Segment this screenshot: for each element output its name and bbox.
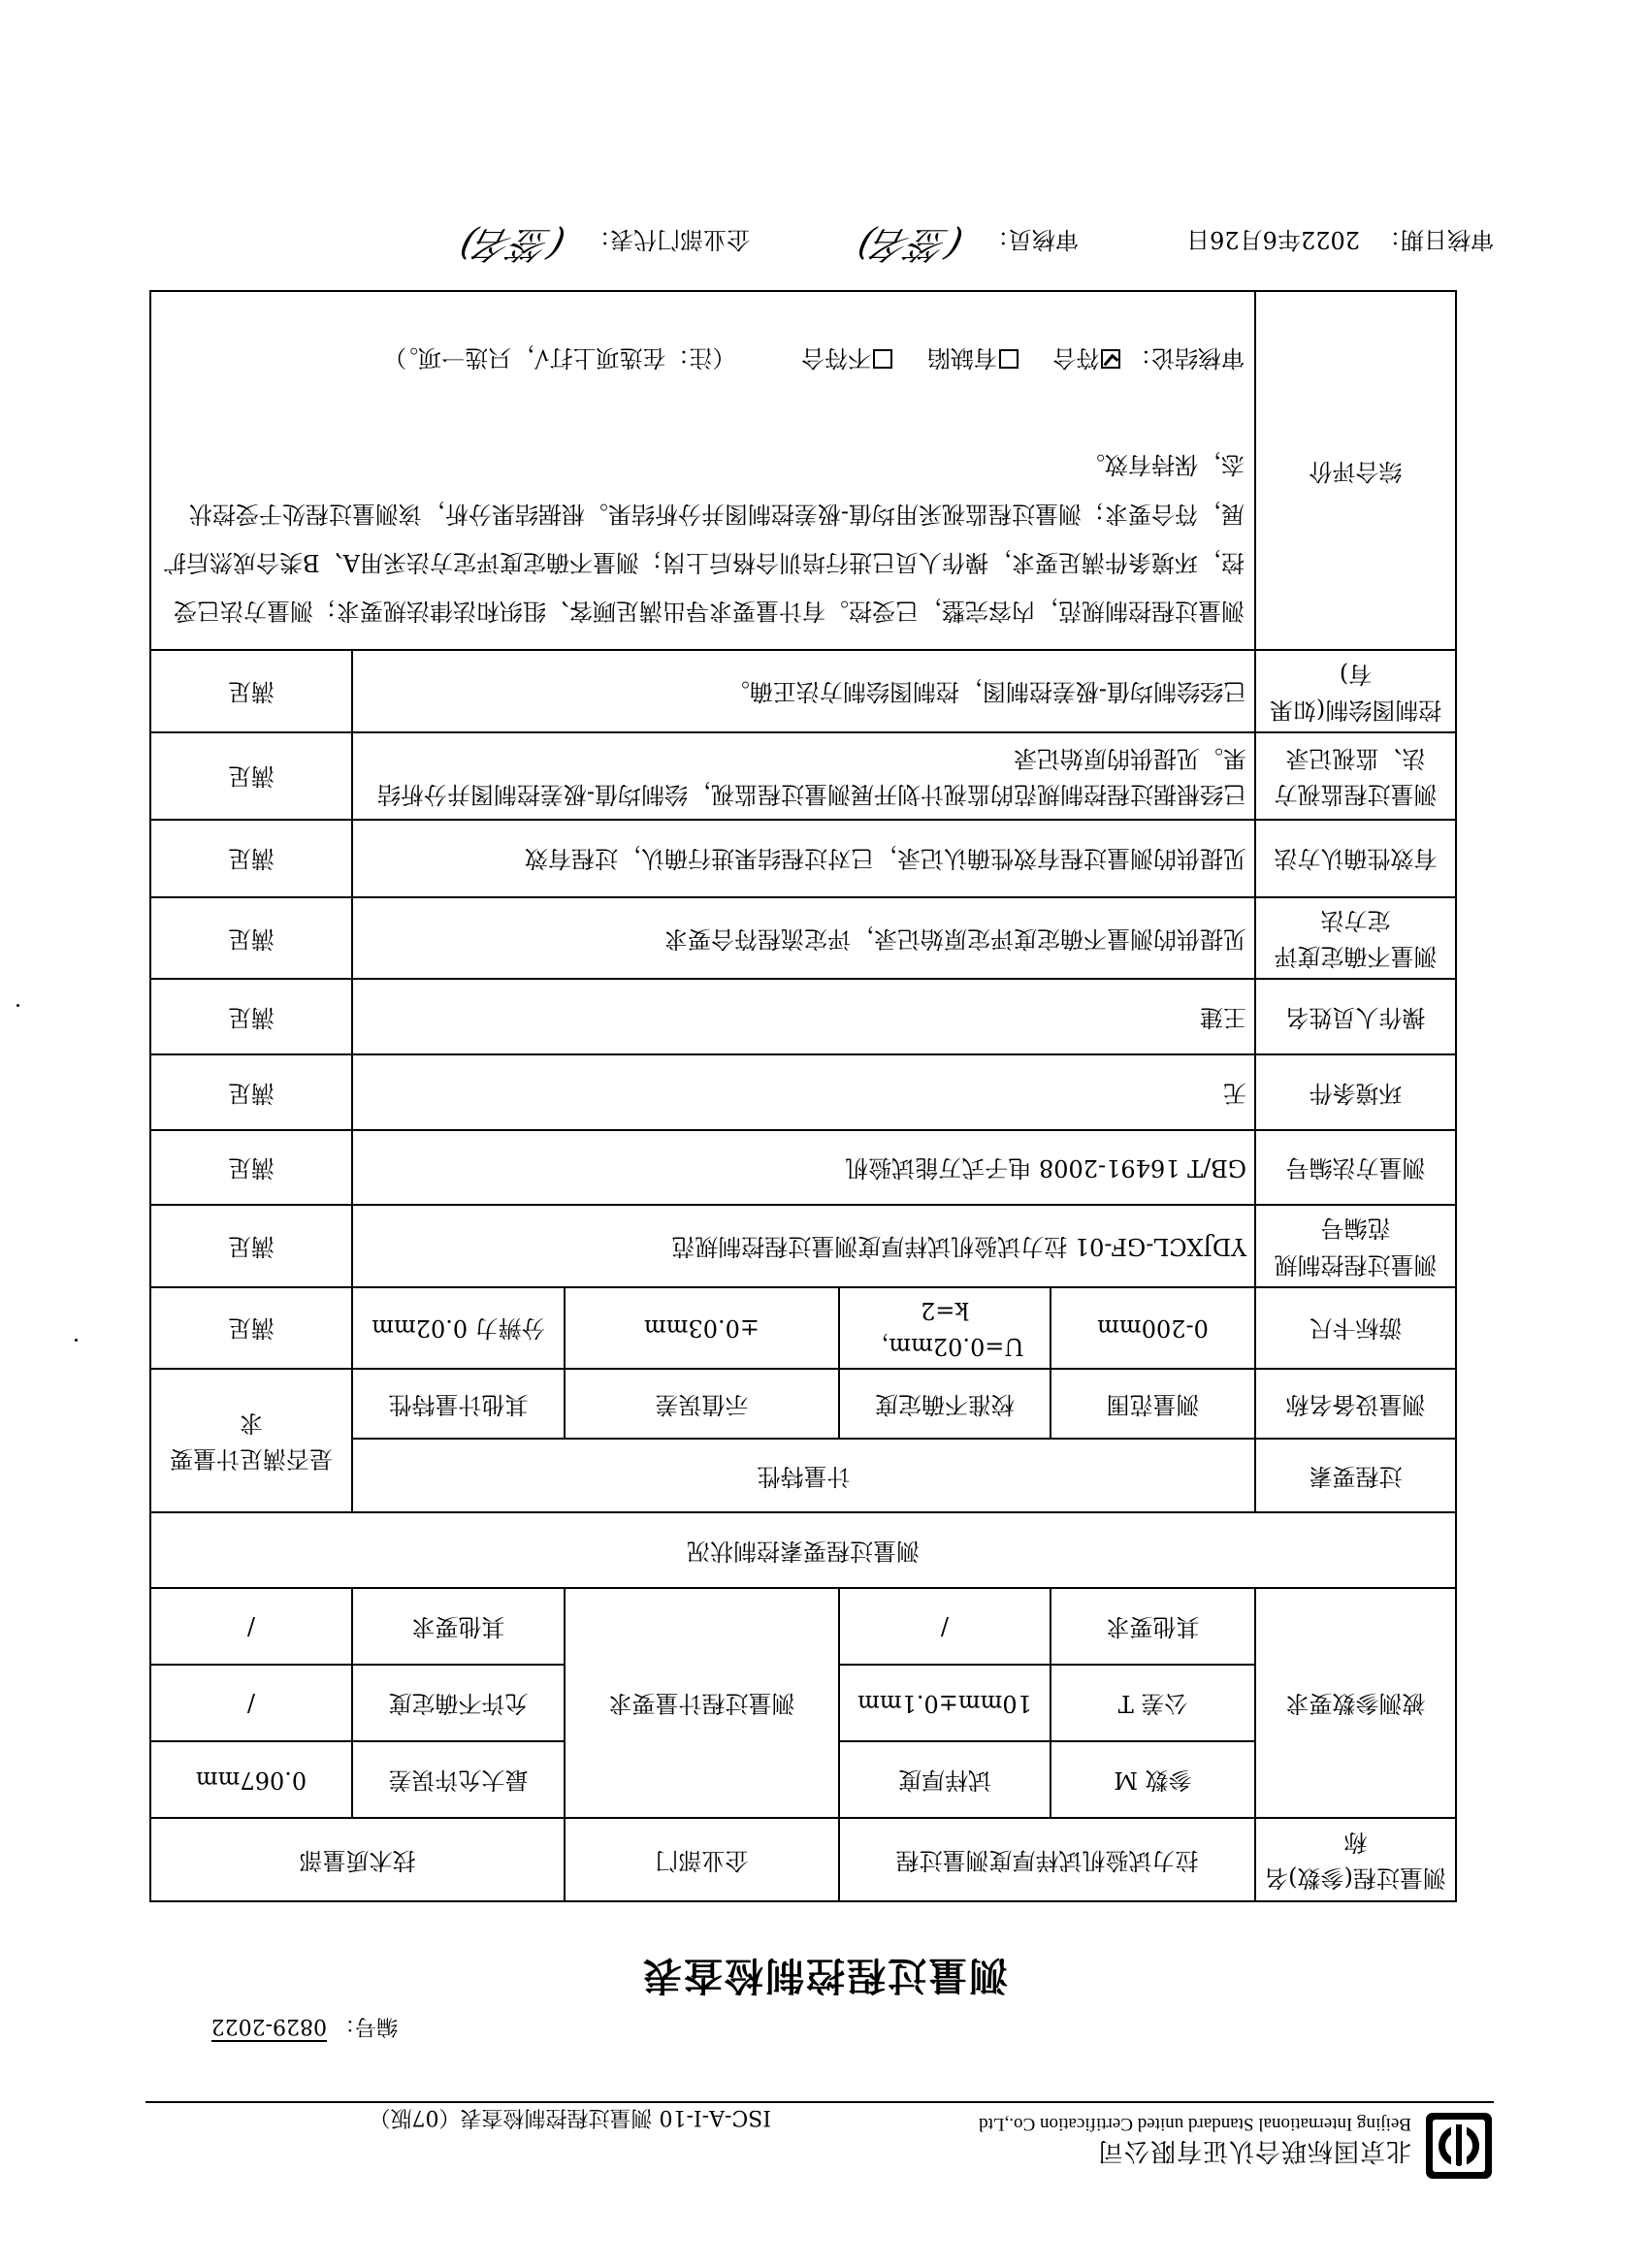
equipment-indication-error: ±0.03mm: [565, 1287, 839, 1369]
scan-speck: [75, 1339, 78, 1342]
conclusion-label: 审核结论：: [1128, 344, 1245, 372]
element-row: 操作人员姓名 王建 满足: [150, 979, 1456, 1054]
summary-label: 综合评价: [1255, 292, 1456, 651]
department-value: 技术质量部: [150, 1818, 565, 1901]
element-label: 环境条件: [1255, 1054, 1456, 1130]
equipment-other: 分辨力 0.02mm: [352, 1287, 565, 1369]
param-row-1: 被测参数要求 参数 M 试样厚度 测量过程计量要求 最大允许误差 0.067mm: [150, 1741, 1456, 1818]
equipment-range: 0-200mm: [1051, 1287, 1255, 1369]
form-code: ISC-A-I-10 测量过程控制检查表（07版）: [370, 2104, 771, 2134]
element-label: 操作人员姓名: [1255, 979, 1456, 1054]
element-detail: YDJXCL-GF-01 拉力试验机试样厚度测量过程控制规范: [352, 1205, 1255, 1286]
document-number-value: 0829-2022: [211, 2014, 327, 2042]
audit-date: 2022年6月26日: [1186, 226, 1360, 253]
summary-text: 测量过程控制规范，内容完整，已受控。有计量要求导出满足顾客、组织和法律法规要求；…: [161, 440, 1245, 636]
param-key: 参数 M: [1051, 1741, 1255, 1818]
checkbox-checked-icon[interactable]: [1101, 349, 1120, 369]
element-row: 测量不确定度评定方法 见提供的测量不确定度评定原始记录，评定流程符合要求 满足: [150, 897, 1456, 979]
element-row: 测量过程控制规范编号 YDJXCL-GF-01 拉力试验机试样厚度测量过程控制规…: [150, 1205, 1456, 1286]
audit-date-label: 审核日期：: [1377, 226, 1494, 253]
element-row: 控制图绘制(如果有) 已经绘制均值-极差控制图，控制图绘制方法正确。 满足: [150, 651, 1456, 732]
document-number-label: 编号：: [334, 2014, 398, 2038]
element-satisfies: 满足: [150, 651, 352, 732]
element-satisfies: 满足: [150, 979, 352, 1054]
option-label: 不符合: [801, 344, 871, 372]
element-satisfies: 满足: [150, 732, 352, 820]
element-label: 测量过程监视方法、监视记录: [1255, 732, 1456, 820]
metrology-key: 其他要求: [352, 1588, 565, 1665]
param-value: /: [839, 1588, 1051, 1665]
process-name-label: 测量过程(参数)名称: [1255, 1818, 1456, 1901]
other-characteristics-header: 其他计量特性: [352, 1369, 565, 1439]
element-satisfies: 满足: [150, 897, 352, 979]
element-detail: 王建: [352, 979, 1255, 1054]
option-conform[interactable]: 符合: [1052, 344, 1120, 372]
auditor-label: 审核员：: [986, 226, 1079, 253]
element-detail: GB/T 16491-2008 电子式万能试验机: [352, 1130, 1255, 1205]
document-number: 编号： 0829-2022: [211, 2013, 398, 2043]
element-detail: 见提供的测量过程有效性确认记录，已对过程结果进行确认，过程有效: [352, 820, 1255, 897]
range-header: 测量范围: [1051, 1369, 1255, 1439]
param-value: 10mm±0.1mm: [839, 1665, 1051, 1741]
option-defect[interactable]: 有缺陷: [927, 344, 1018, 372]
dept-rep-label: 企业部门代表：: [587, 226, 750, 253]
section-title-row: 测量过程要素控制状况: [150, 1512, 1456, 1588]
param-value: 试样厚度: [839, 1741, 1051, 1818]
metrology-requirements-label: 测量过程计量要求: [565, 1588, 839, 1818]
satisfies-header: 是否满足计量要求: [150, 1369, 352, 1512]
metrology-value: 0.067mm: [150, 1741, 352, 1818]
process-name-row: 测量过程(参数)名称 拉力试验机试样厚度测量过程 企业部门 技术质量部: [150, 1818, 1456, 1901]
elements-header-row: 过程要素 计量特性 是否满足计量要求: [150, 1439, 1456, 1512]
element-label: 测量过程控制规范编号: [1255, 1205, 1456, 1286]
element-detail: 见提供的测量不确定度评定原始记录，评定流程符合要求: [352, 897, 1255, 979]
indication-error-header: 示值误差: [565, 1369, 839, 1439]
equipment-calib-uncertainty: U=0.02mm，k=2: [839, 1287, 1051, 1369]
company-name-cn: 北京国标联合认证有限公司: [1097, 2135, 1411, 2171]
element-detail: 已经绘制均值-极差控制图，控制图绘制方法正确。: [352, 651, 1255, 732]
element-satisfies: 满足: [150, 1205, 352, 1286]
element-label: 测量方法编号: [1255, 1130, 1456, 1205]
measured-params-label: 被测参数要求: [1255, 1588, 1456, 1818]
element-label: 测量不确定度评定方法: [1255, 897, 1456, 979]
signature-line: 审核日期：2022年6月26日 审核员： (签名) 企业部门代表： (签名): [136, 221, 1494, 275]
element-label: 控制图绘制(如果有): [1255, 651, 1456, 732]
calib-uncertainty-header: 校准不确定度: [839, 1369, 1051, 1439]
metrological-characteristics-header: 计量特性: [352, 1439, 1255, 1512]
option-nonconform[interactable]: 不符合: [801, 344, 892, 372]
element-detail: 已经根据过程控制规范的监视计划开展测量过程监视，绘制均值-极差控制图并分析结果。…: [352, 732, 1255, 820]
summary-row: 综合评价 测量过程控制规范，内容完整，已受控。有计量要求导出满足顾客、组织和法律…: [150, 292, 1456, 651]
company-name-en: Beijing International Standard united Ce…: [979, 2113, 1411, 2134]
page-title: 测量过程控制检查表: [0, 1951, 1649, 2006]
metrology-key: 允许不确定度: [352, 1665, 565, 1741]
element-satisfies: 满足: [150, 820, 352, 897]
equipment-name-header: 测量设备名称: [1255, 1369, 1456, 1439]
metrology-value: /: [150, 1665, 352, 1741]
element-label: 有效性确认方法: [1255, 820, 1456, 897]
element-row: 测量方法编号 GB/T 16491-2008 电子式万能试验机 满足: [150, 1130, 1456, 1205]
checkbox-icon[interactable]: [999, 349, 1018, 369]
param-key: 其他要求: [1051, 1588, 1255, 1665]
element-satisfies: 满足: [150, 1130, 352, 1205]
param-key: 公差 T: [1051, 1665, 1255, 1741]
audit-conclusion: 审核结论： 符合 有缺陷 不符合 （注：在选项上打√，只选一项。）: [161, 334, 1245, 382]
equipment-name: 游标卡尺: [1255, 1287, 1456, 1369]
auditor-signature: (签名): [851, 221, 967, 275]
summary-cell: 测量过程控制规范，内容完整，已受控。有计量要求导出满足顾客、组织和法律法规要求；…: [150, 292, 1255, 651]
conclusion-note: （注：在选项上打√，只选一项。）: [383, 344, 735, 372]
process-element-header: 过程要素: [1255, 1439, 1456, 1512]
department-label: 企业部门: [565, 1818, 839, 1901]
dept-rep-signature: (签名): [453, 221, 569, 275]
equipment-satisfies: 满足: [150, 1287, 352, 1369]
metrology-key: 最大允许误差: [352, 1741, 565, 1818]
company-logo-icon: [1424, 2111, 1494, 2181]
header-divider: [145, 2101, 1494, 2103]
checklist-table: 测量过程(参数)名称 拉力试验机试样厚度测量过程 企业部门 技术质量部 被测参数…: [149, 291, 1457, 1903]
element-row: 有效性确认方法 见提供的测量过程有效性确认记录，已对过程结果进行确认，过程有效 …: [150, 820, 1456, 897]
element-row: 测量过程监视方法、监视记录 已经根据过程控制规范的监视计划开展测量过程监视，绘制…: [150, 732, 1456, 820]
element-detail: 无: [352, 1054, 1255, 1130]
document-page: 北京国标联合认证有限公司 Beijing International Stand…: [0, 0, 1649, 2268]
metrology-value: /: [150, 1588, 352, 1665]
element-satisfies: 满足: [150, 1054, 352, 1130]
scan-speck: [16, 1004, 19, 1007]
checkbox-icon[interactable]: [873, 349, 892, 369]
option-label: 有缺陷: [927, 344, 997, 372]
process-name-value: 拉力试验机试样厚度测量过程: [839, 1818, 1255, 1901]
option-label: 符合: [1052, 344, 1099, 372]
element-row: 环境条件 无 满足: [150, 1054, 1456, 1130]
section-title: 测量过程要素控制状况: [150, 1512, 1456, 1588]
equipment-row: 游标卡尺 0-200mm U=0.02mm，k=2 ±0.03mm 分辨力 0.…: [150, 1287, 1456, 1369]
